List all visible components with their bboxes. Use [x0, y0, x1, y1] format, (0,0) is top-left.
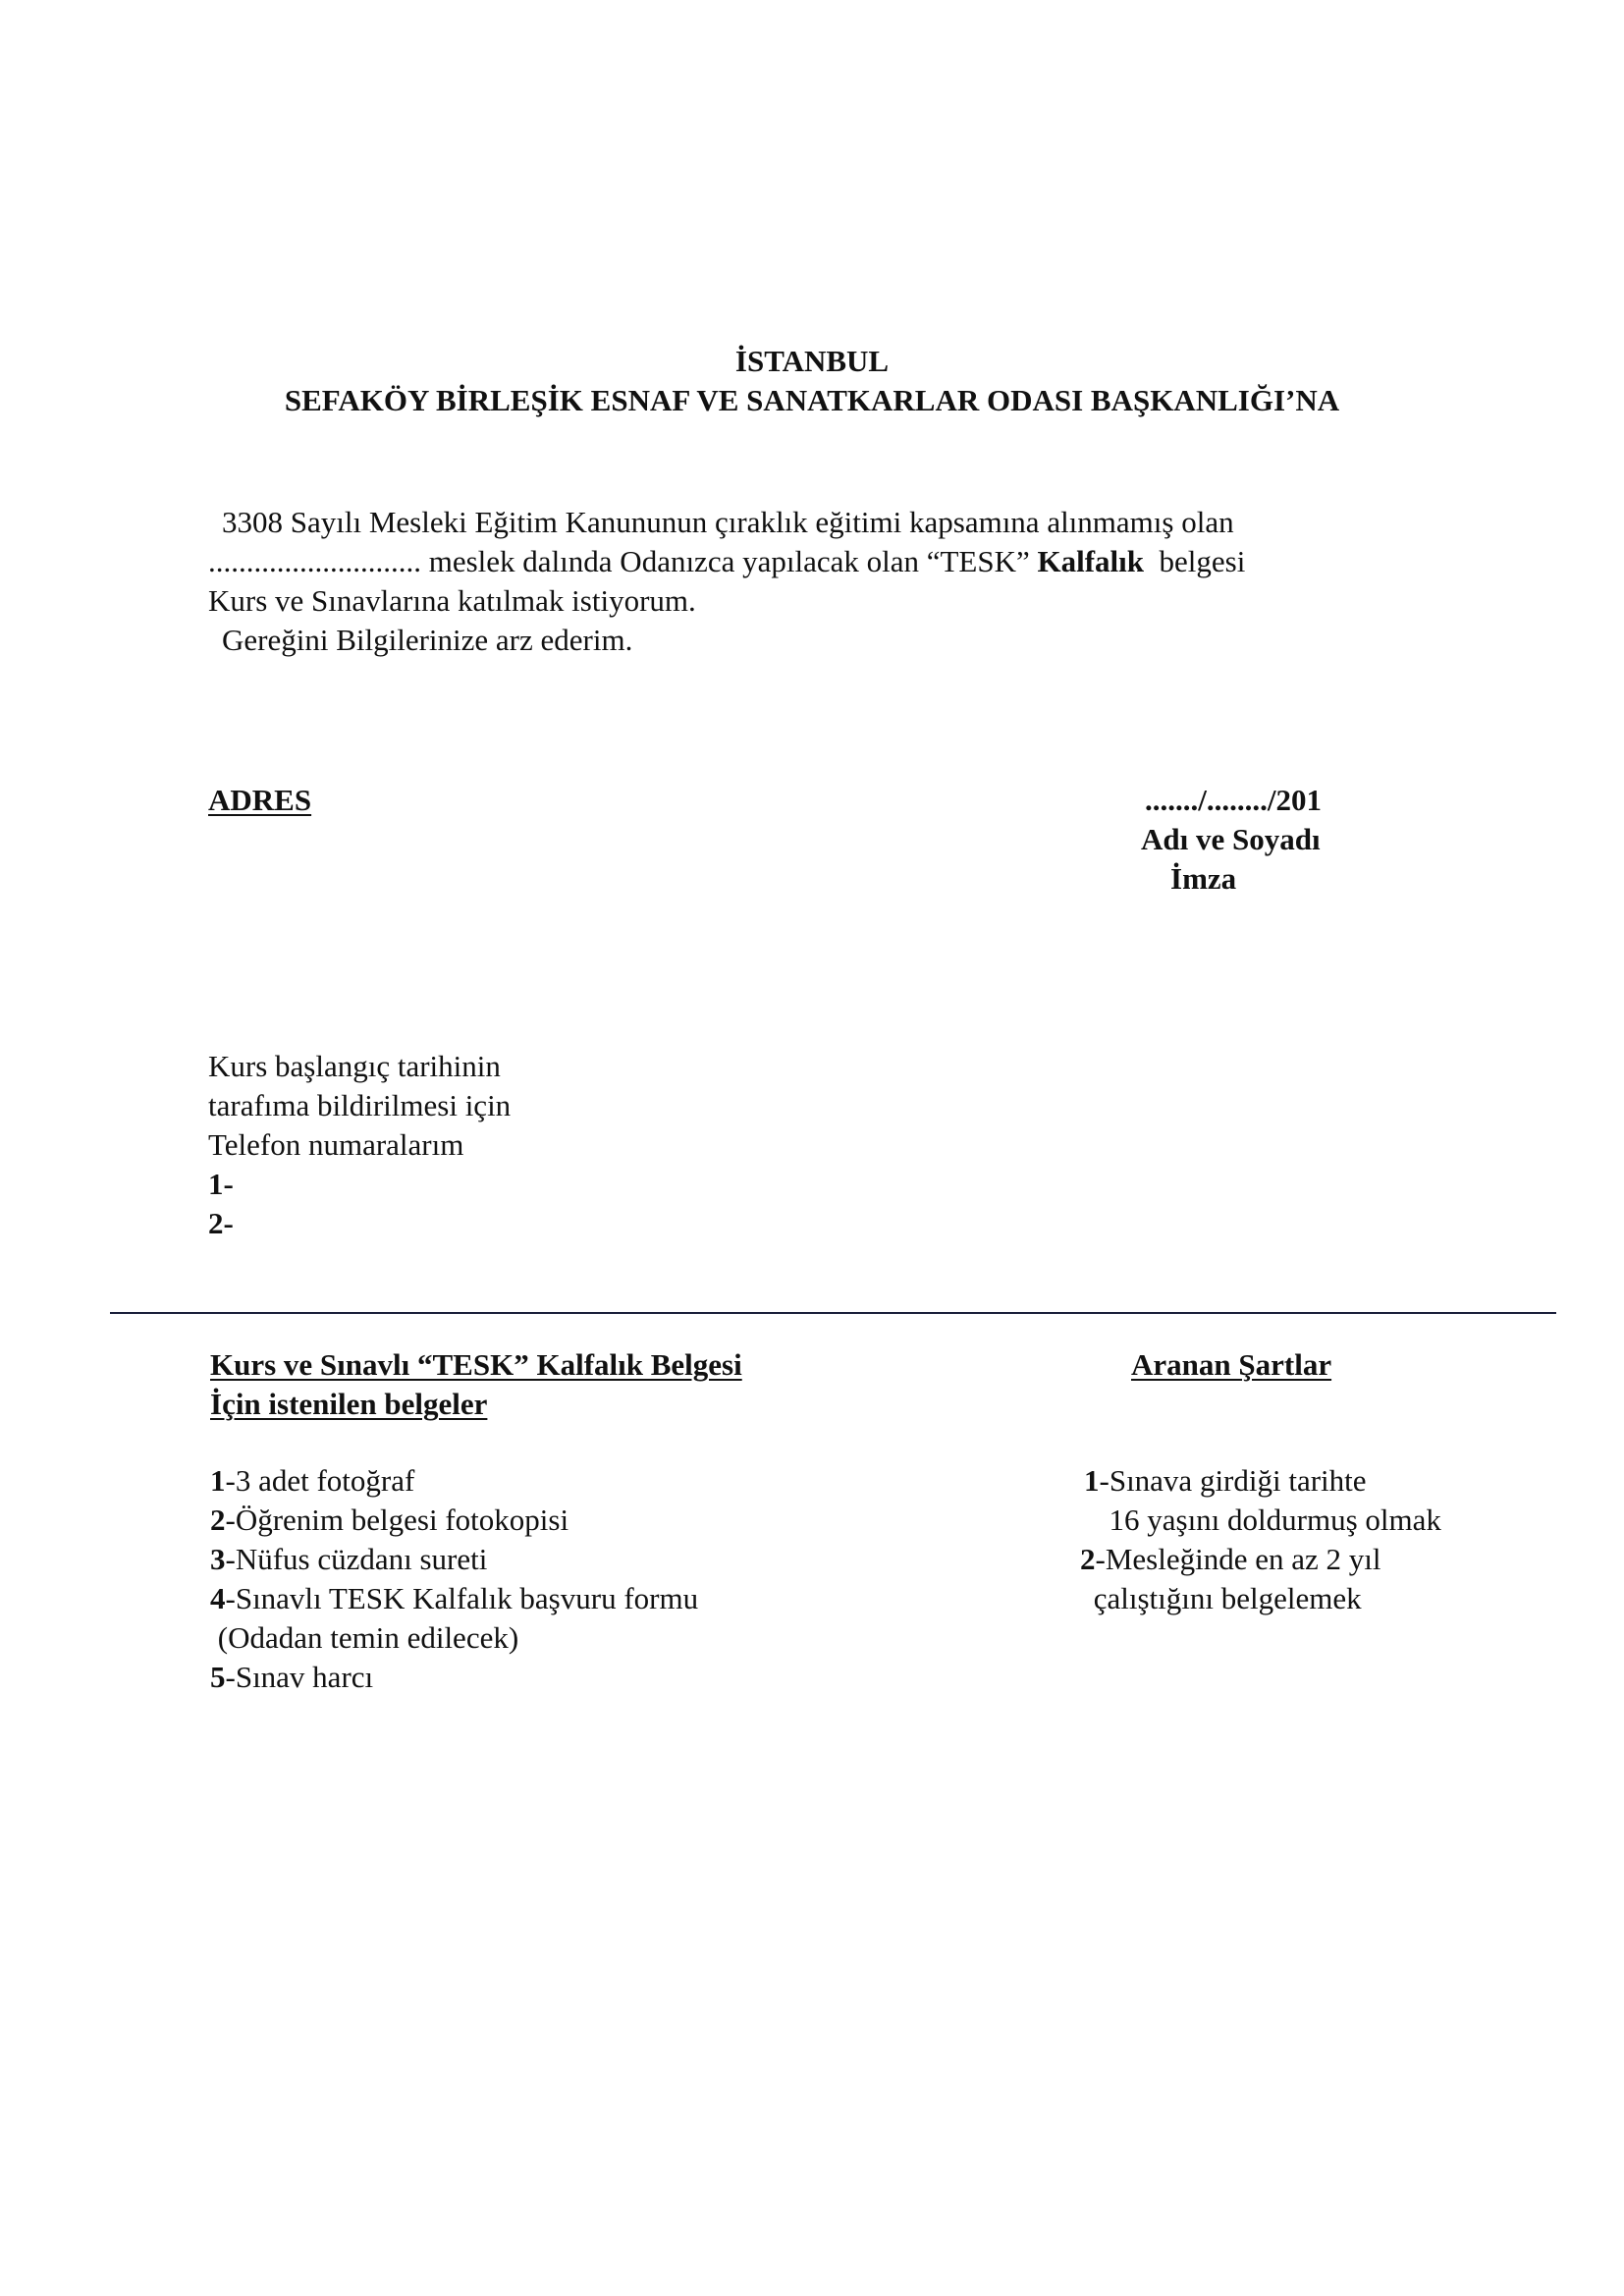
- document-item: 1-3 adet fotoğraf: [210, 1461, 742, 1501]
- heading-organization: SEFAKÖY BİRLEŞİK ESNAF VE SANATKARLAR OD…: [0, 381, 1624, 420]
- petition-line-4: Gereğini Bilgilerinize arz ederim.: [208, 621, 1245, 660]
- requirement-item: 1-Sınava girdiği tarihte: [1080, 1461, 1441, 1501]
- phone-number-1[interactable]: 1-: [208, 1165, 511, 1204]
- petition-line-2: ............................ meslek dalı…: [208, 542, 1245, 581]
- document-item: 3-Nüfus cüzdanı sureti: [210, 1540, 742, 1579]
- requirements-section: Aranan Şartlar 1-Sınava girdiği tarihte …: [1080, 1345, 1441, 1618]
- petition-line-3: Kurs ve Sınavlarına katılmak istiyorum.: [208, 581, 1245, 621]
- documents-title-line-1: Kurs ve Sınavlı “TESK” Kalfalık Belgesi: [210, 1345, 742, 1385]
- petition-paragraph: 3308 Sayılı Mesleki Eğitim Kanununun çır…: [208, 503, 1245, 660]
- phone-note-line: Telefon numaralarım: [208, 1125, 511, 1165]
- phone-note-line: Kurs başlangıç tarihinin: [208, 1047, 511, 1086]
- requirement-item-continued: 16 yaşını doldurmuş olmak: [1080, 1501, 1441, 1540]
- document-item: 2-Öğrenim belgesi fotokopisi: [210, 1501, 742, 1540]
- phone-section: Kurs başlangıç tarihinin tarafıma bildir…: [208, 1047, 511, 1243]
- signature-block: ......./......../201 Adı ve Soyadı İmza: [1141, 781, 1322, 899]
- signature-label: İmza: [1141, 859, 1322, 899]
- document-item-note: (Odadan temin edilecek): [210, 1618, 742, 1658]
- profession-blank-field[interactable]: ............................: [208, 544, 421, 578]
- heading-city: İSTANBUL: [0, 342, 1624, 381]
- documents-title-line-2: İçin istenilen belgeler: [210, 1385, 742, 1424]
- address-label: ADRES: [208, 781, 311, 820]
- phone-number-2[interactable]: 2-: [208, 1204, 511, 1243]
- document-item: 5-Sınav harcı: [210, 1658, 742, 1697]
- document-item: 4-Sınavlı TESK Kalfalık başvuru formu: [210, 1579, 742, 1618]
- phone-note-line: tarafıma bildirilmesi için: [208, 1086, 511, 1125]
- date-field[interactable]: ......./......../201: [1141, 781, 1322, 820]
- petition-line-1: 3308 Sayılı Mesleki Eğitim Kanununun çır…: [208, 503, 1245, 542]
- section-divider: [110, 1312, 1556, 1314]
- addressee-heading: İSTANBUL SEFAKÖY BİRLEŞİK ESNAF VE SANAT…: [0, 342, 1624, 420]
- requirement-item: 2-Mesleğinde en az 2 yıl: [1080, 1540, 1441, 1579]
- name-surname-label: Adı ve Soyadı: [1141, 820, 1322, 859]
- requirements-title: Aranan Şartlar: [1080, 1345, 1441, 1385]
- required-documents-section: Kurs ve Sınavlı “TESK” Kalfalık Belgesi …: [210, 1345, 742, 1697]
- requirement-item-continued: çalıştığını belgelemek: [1080, 1579, 1441, 1618]
